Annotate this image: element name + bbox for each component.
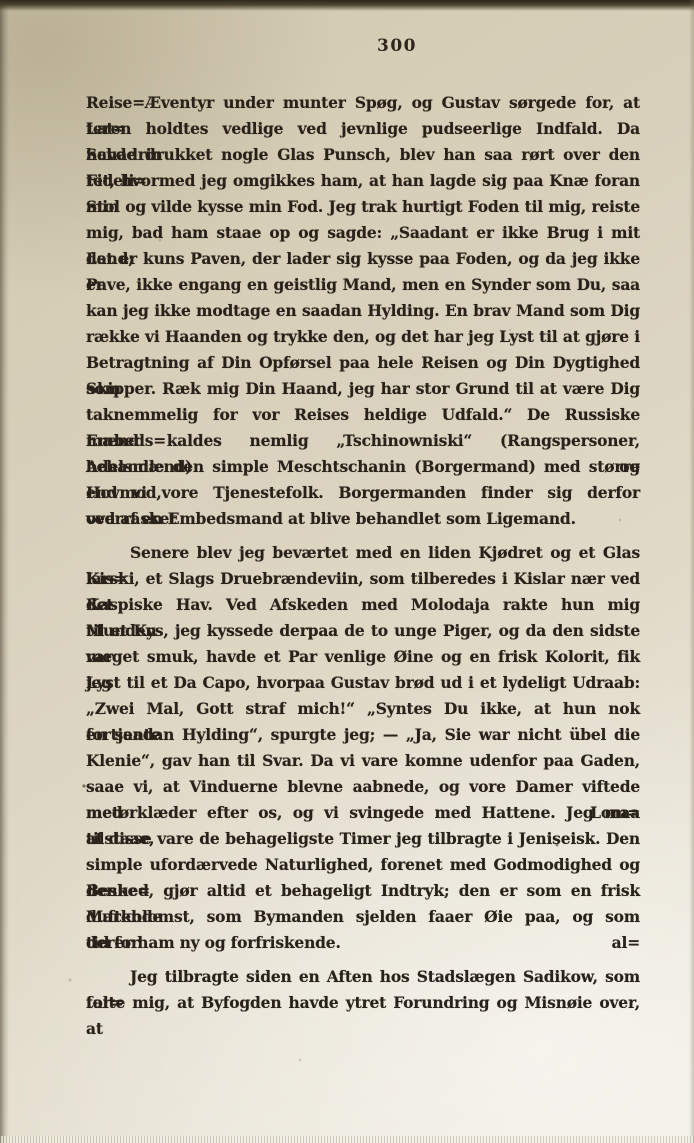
text-line: ved af en Embedsmand at blive behandlet …	[86, 506, 640, 532]
text-line: teren holdtes vedlige ved jevnlige pudse…	[86, 116, 640, 142]
text-line: det er kuns Paven, der lader sig kysse p…	[86, 246, 640, 272]
paragraph-1: Reise=Æventyr under munter Spøg, og Gust…	[86, 90, 640, 532]
text-line: at disse vare de behageligste Timer jeg …	[86, 826, 640, 852]
text-line: havde drukket nogle Glas Punsch, blev ha…	[86, 142, 640, 168]
text-line: mænd kaldes nemlig „Tschinowniski“ (Rang…	[86, 428, 640, 454]
text-line: Klenie“, gav han til Svar. Da vi vare ko…	[86, 748, 640, 774]
text-line: mig, bad ham staae op og sagde: „Saadant…	[86, 220, 640, 246]
text-line: Senere blev jeg beværtet med en liden Kj…	[86, 540, 640, 566]
text-line: larski, et Slags Druebrændeviin, som til…	[86, 566, 640, 592]
text-line: Betragtning af Din Opførsel paa hele Rei…	[86, 350, 640, 376]
text-line: en saadan Hylding“, spurgte jeg; — „Ja, …	[86, 722, 640, 748]
book-page: 300 Reise=Æventyr under munter Spøg, og …	[0, 0, 694, 1143]
text-line: end vi vore Tjenestefolk. Borgermanden f…	[86, 480, 640, 506]
page-top-edge	[0, 0, 694, 11]
text-line: Pave, ikke engang en geistlig Mand, men …	[86, 272, 640, 298]
text-line: Jeg tilbragte siden en Aften hos Stadslæ…	[86, 964, 640, 990]
page-bottom-edge	[0, 1136, 694, 1143]
page-text: Reise=Æventyr under munter Spøg, og Gust…	[86, 90, 640, 1016]
text-line: Lyst til et Da Capo, hvorpaa Gustav brød…	[86, 670, 640, 696]
text-line: meget smuk, havde et Par venlige Øine og…	[86, 644, 640, 670]
paragraph-2: Senere blev jeg beværtet med en liden Kj…	[86, 540, 640, 956]
paragraph-3: Jeg tilbragte siden en Aften hos Stadslæ…	[86, 964, 640, 1016]
text-line: Skipper. Ræk mig Din Haand, jeg har stor…	[86, 376, 640, 402]
text-line: taknemmelig for vor Reises heldige Udfal…	[86, 402, 640, 428]
text-line: denhed, gjør altid et behageligt Indtryk…	[86, 878, 640, 904]
page-right-edge	[689, 0, 694, 1143]
text-line: kan jeg ikke modtage en saadan Hylding. …	[86, 298, 640, 324]
text-line: talte mig, at Byfogden havde ytret Forun…	[86, 990, 640, 1016]
text-line: saae vi, at Vinduerne blevne aabnede, og…	[86, 774, 640, 800]
text-line: „Zwei Mal, Gott straf mich!“ „Syntes Du …	[86, 696, 640, 722]
text-line: tet, hvormed jeg omgikkes ham, at han la…	[86, 168, 640, 194]
text-line: metørklæder efter os, og vi svingede med…	[86, 800, 640, 826]
page-left-edge	[0, 0, 9, 1143]
text-line: behandle den simple Meschtschanin (Borge…	[86, 454, 640, 480]
text-line: Reise=Æventyr under munter Spøg, og Gust…	[86, 90, 640, 116]
text-line: til et Kys, jeg kyssede derpaa de to ung…	[86, 618, 640, 644]
text-line: række vi Haanden og trykke den, og det h…	[86, 324, 640, 350]
text-line: Stol og vilde kysse min Fod. Jeg trak hu…	[86, 194, 640, 220]
page-number: 300	[50, 36, 694, 56]
text-line: simple ufordærvede Naturlighed, forenet …	[86, 852, 640, 878]
text-line: Markblomst, som Bymanden sjelden faaer Ø…	[86, 904, 640, 930]
text-line: Kaspiske Hav. Ved Afskeden med Molodaja …	[86, 592, 640, 618]
